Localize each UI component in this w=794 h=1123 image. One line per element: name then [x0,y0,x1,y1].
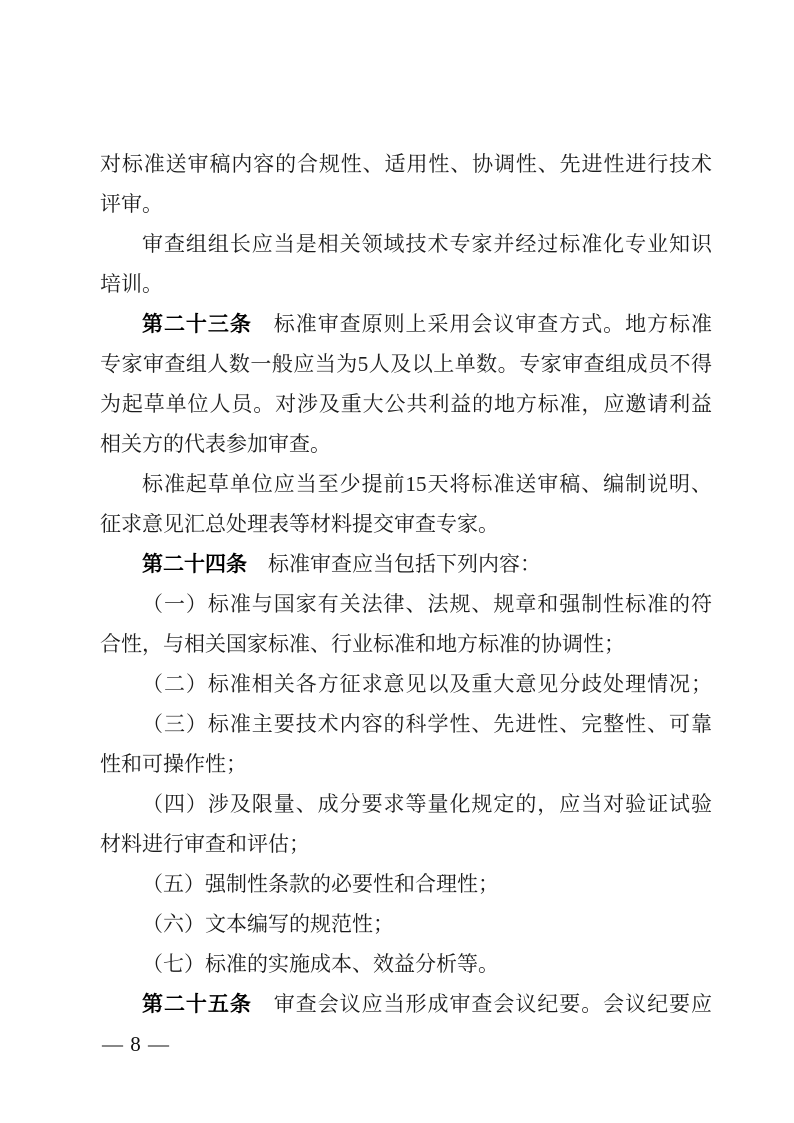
document-body: 对标准送审稿内容的合规性、适用性、协调性、先进性进行技术 评审。 审查组组长应当… [100,144,712,1064]
doc-line-text: 培训。 [100,272,163,296]
doc-line-text: （四）涉及限量、成分要求等量化规定的，应当对验证试验 [142,792,712,816]
doc-line-item-2: （二）标准相关各方征求意见以及重大意见分歧处理情况； [100,664,712,704]
doc-line-article-25: 第二十五条 审查会议应当形成审查会议纪要。会议纪要应 [100,984,712,1024]
doc-line: 性和可操作性； [100,744,712,784]
document-page: 对标准送审稿内容的合规性、适用性、协调性、先进性进行技术 评审。 审查组组长应当… [0,0,794,1123]
doc-line: 为起草单位人员。对涉及重大公共利益的地方标准，应邀请利益 [100,384,712,424]
article-number: 第二十四条 [142,552,247,576]
doc-line-text: 审查会议应当形成审查会议纪要。会议纪要应 [252,992,712,1016]
doc-line-text: 评审。 [100,192,163,216]
doc-line-text: 征求意见汇总处理表等材料提交审查专家。 [100,512,499,536]
doc-line-item-4: （四）涉及限量、成分要求等量化规定的，应当对验证试验 [100,784,712,824]
article-number: 第二十三条 [142,312,252,336]
doc-line-article-23: 第二十三条 标准审查原则上采用会议审查方式。地方标准 [100,304,712,344]
doc-line-item-7: （七）标准的实施成本、效益分析等。 [100,944,712,984]
doc-line-text: （一）标准与国家有关法律、法规、规章和强制性标准的符 [142,592,712,616]
doc-line: 培训。 [100,264,712,304]
doc-line-item-5: （五）强制性条款的必要性和合理性； [100,864,712,904]
doc-line-text: 材料进行审查和评估； [100,832,310,856]
doc-line-text: 对标准送审稿内容的合规性、适用性、协调性、先进性进行技术 [100,152,712,176]
doc-line: 征求意见汇总处理表等材料提交审查专家。 [100,504,712,544]
doc-line-text: 审查组组长应当是相关领域技术专家并经过标准化专业知识 [142,232,712,256]
doc-line-text: （三）标准主要技术内容的科学性、先进性、完整性、可靠 [142,712,712,736]
doc-line-text: （六）文本编写的规范性； [142,912,394,936]
doc-line: 专家审查组人数一般应当为5人及以上单数。专家审查组成员不得 [100,344,712,384]
doc-line-text: 标准审查原则上采用会议审查方式。地方标准 [252,312,712,336]
doc-line-article-24: 第二十四条 标准审查应当包括下列内容： [100,544,712,584]
doc-line-text: 性和可操作性； [100,752,247,776]
doc-line-text: 相关方的代表参加审查。 [100,432,331,456]
doc-line-text: 专家审查组人数一般应当为5人及以上单数。专家审查组成员不得 [100,352,712,376]
article-number: 第二十五条 [142,992,252,1016]
doc-line-text: 合性，与相关国家标准、行业标准和地方标准的协调性； [100,632,625,656]
doc-line-item-1: （一）标准与国家有关法律、法规、规章和强制性标准的符 [100,584,712,624]
doc-line-text: 标准起草单位应当至少提前15天将标准送审稿、编制说明、 [142,472,712,496]
doc-line: 标准起草单位应当至少提前15天将标准送审稿、编制说明、 [100,464,712,504]
doc-line: 审查组组长应当是相关领域技术专家并经过标准化专业知识 [100,224,712,264]
page-number: — 8 — [102,1024,712,1064]
doc-line: 合性，与相关国家标准、行业标准和地方标准的协调性； [100,624,712,664]
doc-line-item-6: （六）文本编写的规范性； [100,904,712,944]
doc-line-text: （五）强制性条款的必要性和合理性； [142,872,499,896]
doc-line: 相关方的代表参加审查。 [100,424,712,464]
doc-line: 对标准送审稿内容的合规性、适用性、协调性、先进性进行技术 [100,144,712,184]
doc-line-text: （七）标准的实施成本、效益分析等。 [142,952,499,976]
doc-line-text: 标准审查应当包括下列内容： [247,552,541,576]
doc-line-text: 为起草单位人员。对涉及重大公共利益的地方标准，应邀请利益 [100,392,712,416]
doc-line: 材料进行审查和评估； [100,824,712,864]
doc-line: 评审。 [100,184,712,224]
doc-line-text: （二）标准相关各方征求意见以及重大意见分歧处理情况； [142,672,712,696]
doc-line-item-3: （三）标准主要技术内容的科学性、先进性、完整性、可靠 [100,704,712,744]
